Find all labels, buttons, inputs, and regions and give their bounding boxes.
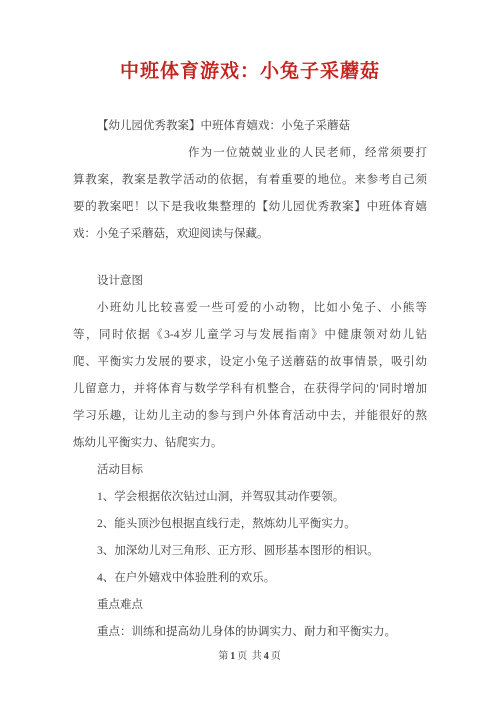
page-footer: 第1页 共4页 bbox=[0, 650, 500, 664]
key-points-paragraph: 重点：训练和提高幼儿身体的协调实力、耐力和平衡实力。 bbox=[73, 619, 427, 646]
section-design-intent: 设计意图 bbox=[73, 268, 427, 295]
section-key-points: 重点难点 bbox=[73, 592, 427, 619]
text-line: 作为一位兢兢业业的人民老师，经常须要打 bbox=[73, 140, 427, 167]
text-line: 要的教案吧！以下是我收集整理的【幼儿园优秀教案】中班体育嬉 bbox=[73, 194, 427, 221]
footer-prefix: 第 bbox=[218, 651, 229, 662]
goals-list: 1、学会根据依次钻过山洞，并驾驭其动作要领。2、能头顶沙包根据直线行走，熬炼幼儿… bbox=[73, 484, 427, 592]
text-line: 儿留意力，并将体育与数学学科有机整合，在获得学问的'同时增加 bbox=[73, 376, 427, 403]
text-line: 重点难点 bbox=[73, 592, 427, 619]
current-page-number: 1 bbox=[230, 651, 236, 662]
text-line: 炼幼儿平衡实力、钻爬实力。 bbox=[73, 430, 427, 457]
preface-paragraph: 作为一位兢兢业业的人民老师，经常须要打算教案，教案是教学活动的依据，有着重要的地… bbox=[73, 140, 427, 248]
text-line: 【幼儿园优秀教案】中班体育嬉戏：小兔子采蘑菇 bbox=[73, 113, 427, 140]
text-line: 1、学会根据依次钻过山洞，并驾驭其动作要领。 bbox=[73, 484, 427, 511]
text-line: 学习乐趣，让幼儿主动的参与到户外体育活动中去，并能很好的熬 bbox=[73, 403, 427, 430]
text-line: 3、加深幼儿对三角形、正方形、圆形基本图形的相识。 bbox=[73, 538, 427, 565]
text-line: 戏：小兔子采蘑菇，欢迎阅读与保藏。 bbox=[73, 221, 427, 248]
text-line: 设计意图 bbox=[73, 268, 427, 295]
footer-middle: 页 共 bbox=[237, 651, 263, 662]
text-line: 小班幼儿比较喜爱一些可爱的小动物，比如小兔子、小熊等 bbox=[73, 295, 427, 322]
text-line: 重点：训练和提高幼儿身体的协调实力、耐力和平衡实力。 bbox=[73, 619, 427, 646]
intro-line: 【幼儿园优秀教案】中班体育嬉戏：小兔子采蘑菇 bbox=[73, 113, 427, 140]
total-pages-number: 4 bbox=[264, 651, 270, 662]
page-title: 中班体育游戏：小兔子采蘑菇 bbox=[0, 0, 500, 87]
text-line: 活动目标 bbox=[73, 457, 427, 484]
text-line: 算教案，教案是教学活动的依据，有着重要的地位。来参考自己须 bbox=[73, 167, 427, 194]
text-line: 爬、平衡实力发展的要求，设定小兔子送蘑菇的故事情景，吸引幼 bbox=[73, 349, 427, 376]
text-line: 等，同时依据《3-4岁儿童学习与发展指南》中健康领对幼儿钻 bbox=[73, 322, 427, 349]
text-line: 4、在户外嬉戏中体验胜利的欢乐。 bbox=[73, 565, 427, 592]
section-activity-goals: 活动目标 bbox=[73, 457, 427, 484]
text-line: 2、能头顶沙包根据直线行走，熬炼幼儿平衡实力。 bbox=[73, 511, 427, 538]
document-page: 中班体育游戏：小兔子采蘑菇 【幼儿园优秀教案】中班体育嬉戏：小兔子采蘑菇作为一位… bbox=[0, 0, 500, 707]
document-body: 【幼儿园优秀教案】中班体育嬉戏：小兔子采蘑菇作为一位兢兢业业的人民老师，经常须要… bbox=[73, 113, 427, 646]
design-intent-paragraph: 小班幼儿比较喜爱一些可爱的小动物，比如小兔子、小熊等等，同时依据《3-4岁儿童学… bbox=[73, 295, 427, 457]
footer-suffix: 页 bbox=[271, 651, 282, 662]
